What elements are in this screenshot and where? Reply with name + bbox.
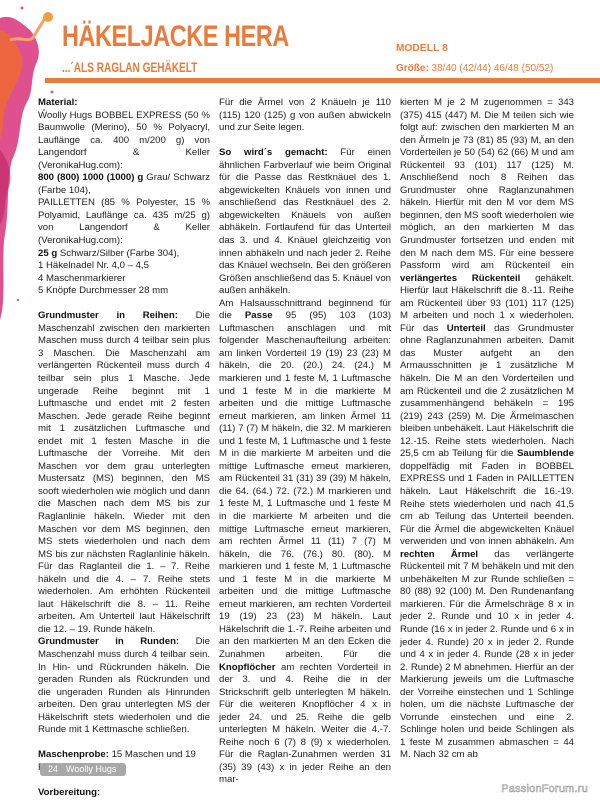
text-run: doppelfädig mit Faden in BOBBEL EXPRESS … <box>400 461 574 547</box>
body-instructions: kierten M je 2 M zugenommen = 343 (375) … <box>400 97 574 762</box>
keyword: Passe <box>245 310 273 321</box>
page-subtitle: ...´ALS RAGLAN GEHÄKELT <box>62 60 197 74</box>
column-3: kierten M je 2 M zugenommen = 343 (375) … <box>400 97 574 762</box>
size-info: Größe: 38/40 (42/44) 46/48 (50/52) <box>396 63 553 74</box>
text-run: das Grundmuster ohne Raglanzunahmen arbe… <box>400 323 574 459</box>
watermark: PassionForum.ru <box>501 783 588 795</box>
page-footer-badge: 24Woolly Hugs <box>40 763 126 776</box>
amount-color: Schwarz/Silber (Farbe 304), <box>57 248 179 259</box>
amount-bold: 800 (800) 1000 (1000) g <box>38 172 143 183</box>
material-yarn-1-amount: 800 (800) 1000 (1000) g Grau/ Schwarz (F… <box>38 172 210 197</box>
section-text: Die Maschenzahl muss durch 4 teilbar sei… <box>38 636 210 735</box>
size-label: Größe: <box>396 63 429 74</box>
material-yarn-2: PAILLETTEN (85 % Polyester, 15 % Polyami… <box>38 197 210 247</box>
column-1: Material: Woolly Hugs BOBBEL EXPRESS (50… <box>38 97 210 799</box>
grundmuster-reihen: Grundmuster in Reihen: Die Maschenzahl z… <box>38 310 210 636</box>
section-heading: Grundmuster in Reihen: <box>38 310 178 321</box>
model-number: MODELL 8 <box>396 43 448 54</box>
vorbereitung-heading: Vorbereitung: <box>38 787 100 798</box>
material-hook: 1 Häkelnadel Nr. 4,0 – 4,5 <box>38 260 210 273</box>
text-run: am rechten Vorderteil in der 3. und 4. R… <box>219 662 391 786</box>
text-run: das verlängerte Rückenteil mit 7 M behäk… <box>400 549 574 761</box>
section-heading: Maschenprobe: <box>38 749 109 760</box>
material-buttons: 5 Knöpfe Durchmesser 28 mm <box>38 285 210 298</box>
grundmuster-runden: Grundmuster in Runden: Die Maschenzahl m… <box>38 636 210 736</box>
size-value: 38/40 (42/44) 46/48 (50/52) <box>429 63 554 74</box>
keyword: Knopflöcher <box>219 662 276 673</box>
page-title: HÄKELJACKE HERA <box>62 22 289 52</box>
keyword: Saumblende <box>517 448 574 459</box>
amount-bold: 25 g <box>38 248 57 259</box>
section-text: Für einen ähnlichen Farbverlauf wie beim… <box>219 147 391 296</box>
passe-instructions: Am Halsausschnittrand beginnend für die … <box>219 298 391 787</box>
keyword: Unterteil <box>447 323 486 334</box>
text-run: kierten M je 2 M zugenommen = 343 (375) … <box>400 97 574 271</box>
page-number: 24 <box>48 764 58 774</box>
magazine-name: Woolly Hugs <box>66 764 116 774</box>
text-run: 95 (95) 103 (103) Luftmaschen anschlagen… <box>219 310 391 660</box>
material-yarn-2-amount: 25 g Schwarz/Silber (Farbe 304), <box>38 248 210 261</box>
keyword: verlängertes Rückenteil <box>400 273 520 284</box>
material-markers: 4 Maschenmarkierer <box>38 273 210 286</box>
section-text: Die Maschenzahl zwischen den markierten … <box>38 310 210 635</box>
header-divider <box>45 78 600 83</box>
section-heading: Grundmuster in Runden: <box>38 636 179 647</box>
preparation-text: Für die Ärmel von 2 Knäueln je 110 (115)… <box>219 97 391 135</box>
keyword: rechten Ärmel <box>400 549 478 560</box>
column-2: Für die Ärmel von 2 Knäueln je 110 (115)… <box>219 97 391 787</box>
section-heading: So wird´s gemacht: <box>219 147 328 158</box>
material-heading: Material: <box>38 97 77 108</box>
material-yarn-1: Woolly Hugs BOBBEL EXPRESS (50 % Baumwol… <box>38 110 210 173</box>
so-wirds-gemacht: So wird´s gemacht: Für einen ähnlichen F… <box>219 147 391 298</box>
